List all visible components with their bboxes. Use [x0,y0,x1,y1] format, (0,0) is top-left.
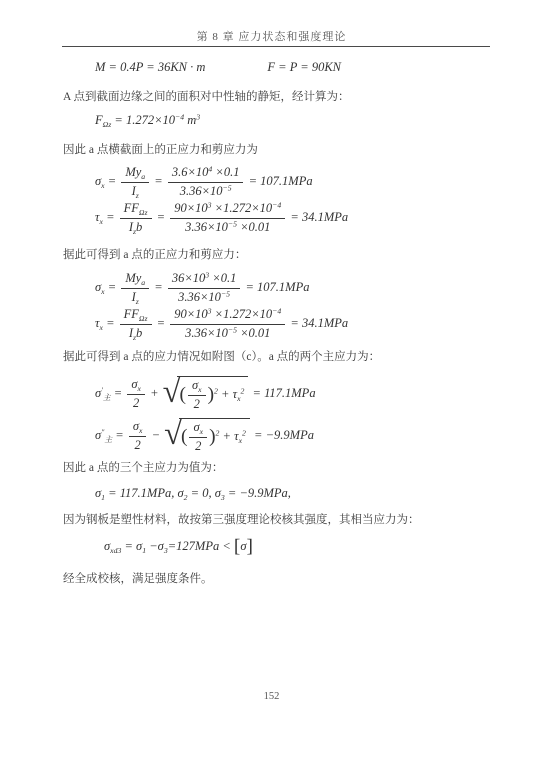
formula-tau-a: τx = FFΩzIzb = 90×103 ×1.272×10−43.36×10… [95,201,348,235]
formula-static-moment: FΩz = 1.272×10−4 m3 [95,113,200,128]
paragraph-third-strength-theory: 因为钢板是塑性材料，故按第三强度理论校核其强度，其相当应力为： [63,513,420,528]
formula-equivalent-stress: σxd3 = σ1 −σ3=127MPa < [σ] [104,539,253,554]
paragraph-static-moment-intro: A 点到截面边缘之间的面积对中性轴的静矩，经计算为： [63,90,350,105]
paragraph-cross-section-stress: 因此 a 点横截面上的正应力和剪应力为 [63,143,258,158]
formula-moment: M = 0.4P = 36KN · m [95,60,205,75]
page-number: 152 [0,691,543,702]
formula-tau-b: τx = FFΩzIzb = 90×103 ×1.272×10−43.36×10… [95,307,348,341]
formula-principal-stress-2: σ″主 = σx2 − √(σx2)2 + τx2 = −9.9MPa [95,418,314,454]
formula-moment-force-line: M = 0.4P = 36KN · m F = P = 90KN [95,60,341,75]
formula-force: F = P = 90KN [267,60,341,75]
paragraph-conclusion: 经全成校核，满足强度条件。 [63,572,213,587]
paragraph-three-principal-intro: 因此 a 点的三个主应力为值为： [63,461,223,476]
formula-three-principal: σ1 = 117.1MPa, σ2 = 0, σ3 = −9.9MPa, [95,486,291,501]
header-divider [62,46,490,47]
formula-sigma-b: σx = MyaIz = 36×103 ×0.13.36×10−5 = 107.… [95,271,309,305]
chapter-header: 第 8 章 应力状态和强度理论 [0,28,543,44]
formula-principal-stress-1: σ′主 = σx2 + √(σx2)2 + τx2 = 117.1MPa [95,376,316,412]
paragraph-obtained-stress: 据此可得到 a 点的正应力和剪应力： [63,248,246,263]
paragraph-principal-stress-intro: 据此可得到 a 点的应力情况如附图（c）。a 点的两个主应力为： [63,350,380,365]
document-page: 第 8 章 应力状态和强度理论 M = 0.4P = 36KN · m F = … [0,0,543,768]
formula-sigma-a: σx = MyaIz = 3.6×104 ×0.13.36×10−5 = 107… [95,165,313,199]
